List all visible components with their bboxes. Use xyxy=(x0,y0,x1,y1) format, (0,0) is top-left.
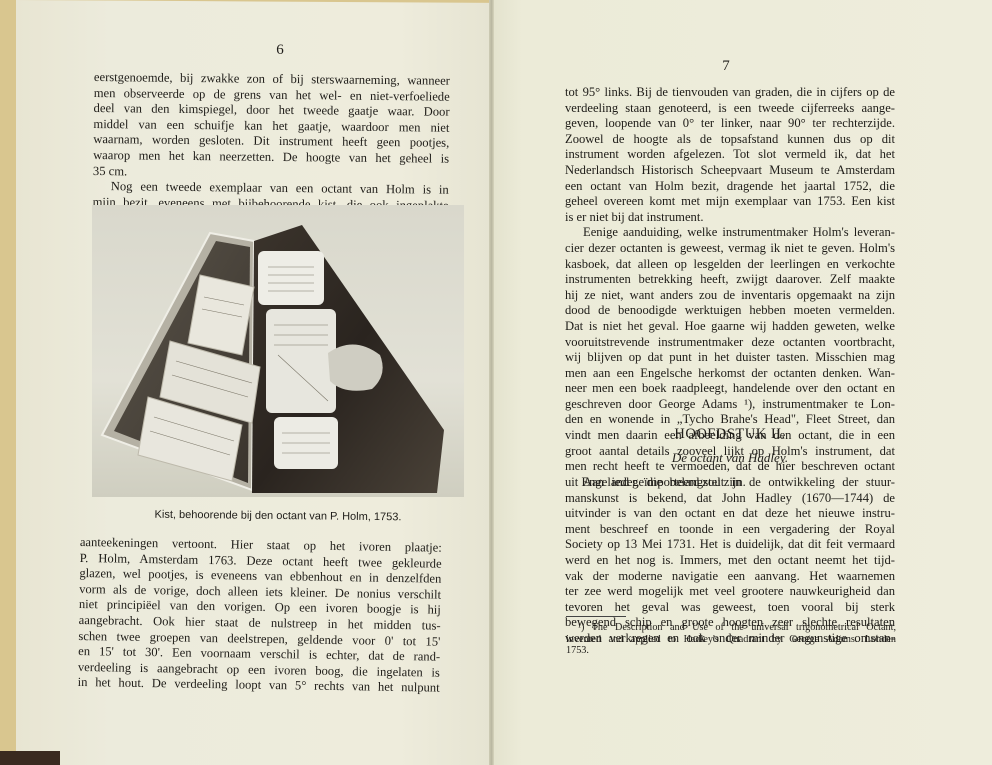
text-line: verdeeling staan genoteerd, is een tweed… xyxy=(565,101,895,117)
right-page-number: 7 xyxy=(706,58,746,75)
text-line: uitvinder is van den octant en dat deze … xyxy=(565,506,895,522)
footnote-line: 1753. xyxy=(566,645,896,657)
book-gutter xyxy=(489,0,494,765)
right-paragraph-3: Aan ieder, die belangstelt in de ontwikk… xyxy=(565,475,895,647)
text-line: men aan een Engelsche herkomst der octan… xyxy=(565,366,895,382)
text-line: instrument worden afgelezen. Tot slot ve… xyxy=(565,147,895,163)
text-line: geven, loopende van 0° ter linker, naar … xyxy=(565,116,895,132)
text-line: geheel overeen komt met mijn exemplaar v… xyxy=(565,194,895,210)
text-line: Nederlandsch Historisch Scheepvaart Muse… xyxy=(565,163,895,179)
text-line: wij blijven op dat punt in het duister t… xyxy=(565,350,895,366)
text-line: dood de benoodigde werktuigen hebben moe… xyxy=(565,303,895,319)
text-line: geschreven door George Adams ¹), instrum… xyxy=(565,397,895,413)
chapter-heading: HOOFDSTUK II. xyxy=(565,426,895,443)
table-edge xyxy=(0,751,60,765)
footnote-line: ¹) The Description and Use of the univer… xyxy=(566,622,896,634)
text-line: Aan ieder, die belangstelt in de ontwikk… xyxy=(565,475,895,491)
footnote-line: invented and applied to Hadley's Quadran… xyxy=(566,634,896,646)
text-line: Society op 13 Mei 1731. Het is duidelijk… xyxy=(565,537,895,553)
octant-case-photo xyxy=(92,205,464,497)
text-line: cier dezer octanten is geweest, vermag i… xyxy=(565,241,895,257)
text-line: Zoowel de hoogte als de topsafstand kunn… xyxy=(565,132,895,148)
text-line: vooruitstrevende instrumentmaker deze oc… xyxy=(565,335,895,351)
text-line: is er niet bij dat instrument. xyxy=(565,210,895,226)
text-line: instrumenten betrekking heeft, zwijgt da… xyxy=(565,272,895,288)
text-line: Dat is niet het geval. Hoe gaarne wij ha… xyxy=(565,319,895,335)
chapter-subtitle: De octant van Hadley. xyxy=(565,450,895,466)
text-line: kasboek, dat alleen op lesgelden der lee… xyxy=(565,257,895,273)
text-line: hij ze niet, want anders zou de inventar… xyxy=(565,288,895,304)
text-line: werd en het nog is. Immers, met den octa… xyxy=(565,553,895,569)
text-line: een octant van Holm bezit, dragende het … xyxy=(565,179,895,195)
text-line: ment beschreef en toonde in een vergader… xyxy=(565,522,895,538)
footnote-divider xyxy=(566,616,626,617)
left-paragraph-3: aanteekeningen vertoont. Hier staat op h… xyxy=(78,535,442,697)
text-line: vak der moderne navigatie een aanvang. H… xyxy=(565,569,895,585)
left-paragraph-1: eerstgenoemde, bij zwakke zon of bij ste… xyxy=(93,70,450,214)
text-line: ter zee werd mogelijk met veel grootere … xyxy=(565,584,895,600)
book-spread: 6 eerstgenoemde, bij zwakke zon of bij s… xyxy=(0,0,992,765)
left-page-number: 6 xyxy=(260,42,300,59)
text-line: tevoren het geval was geweest, toen voor… xyxy=(565,600,895,616)
footnote: ¹) The Description and Use of the univer… xyxy=(566,622,896,657)
octant-case-illustration xyxy=(92,205,464,497)
text-line: neer men een boek raadpleegt, handelende… xyxy=(565,381,895,397)
text-line: tot 95° links. Bij de tienvouden van gra… xyxy=(565,85,895,101)
text-line: Eenige aanduiding, welke instrumentmaker… xyxy=(565,225,895,241)
text-line: manskunst is bekend, dat John Hadley (16… xyxy=(565,491,895,507)
